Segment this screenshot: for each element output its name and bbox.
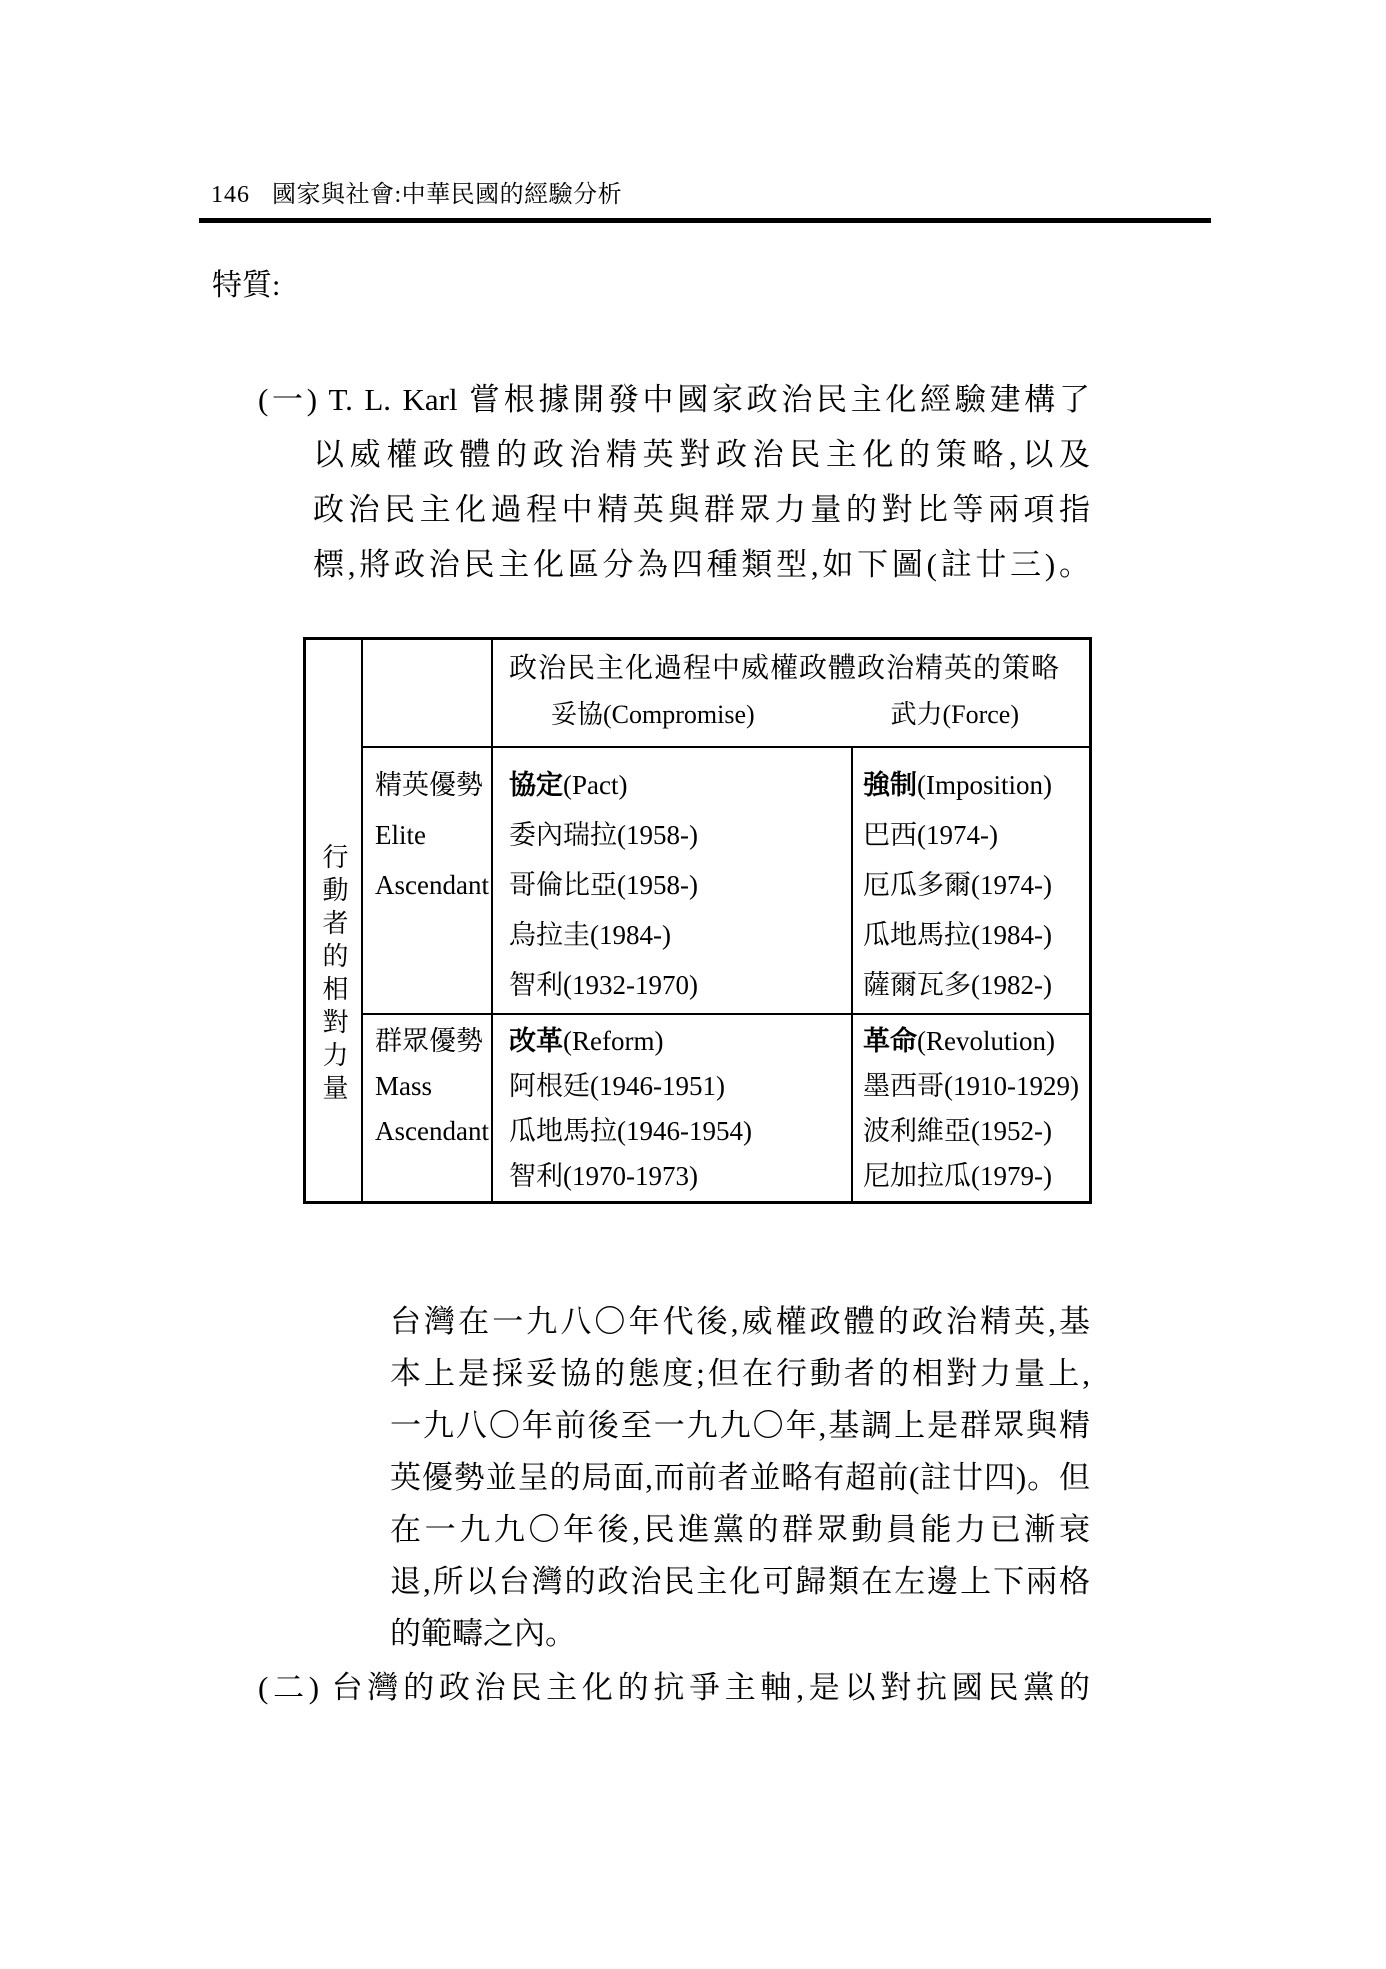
cell-entry: 智利(1932-1970) xyxy=(509,960,851,1010)
list-item-two: (二) 台灣的政治民主化的抗爭主軸,是以對抗國民黨的 xyxy=(258,1662,1090,1714)
row-label-line: Ascendant xyxy=(375,1109,491,1154)
cell-entry: 瓜地馬拉(1946-1954) xyxy=(509,1109,851,1154)
cell-term-line: 協定(Pact) xyxy=(509,760,851,810)
cell-term-en: (Imposition) xyxy=(917,770,1052,800)
row-label-mass: 群眾優勢 Mass Ascendant xyxy=(363,1015,491,1201)
cell-term-line: 革命(Revolution) xyxy=(863,1019,1089,1064)
cell-entry: 厄瓜多爾(1974-) xyxy=(863,860,1089,910)
empty-header-cell xyxy=(363,640,491,746)
text-line: 政治民主化過程中精英與群眾力量的對比等兩項指 xyxy=(313,482,1090,537)
row-label-line: 精英優勢 xyxy=(375,760,491,810)
text-line: 台灣在一九八〇年代後,威權政體的政治精英,基 xyxy=(390,1296,1090,1348)
column-header-force: 武力(Force) xyxy=(890,700,1019,730)
cell-entry: 薩爾瓦多(1982-) xyxy=(863,960,1089,1010)
cell-entry: 烏拉圭(1984-) xyxy=(509,910,851,960)
text-line: 退,所以台灣的政治民主化可歸類在左邊上下兩格 xyxy=(390,1556,1090,1608)
page-number: 146 xyxy=(211,182,250,208)
text-line: 以威權政體的政治精英對政治民主化的策略,以及 xyxy=(313,427,1090,482)
row-label-elite: 精英優勢 Elite Ascendant xyxy=(363,748,491,1013)
text-line: 標,將政治民主化區分為四種類型,如下圖(註廿三)。 xyxy=(313,537,1090,592)
cell-term-en: (Pact) xyxy=(563,770,627,800)
list-item-one: (一) T. L. Karl 嘗根據開發中國家政治民主化經驗建構了 以威權政體的… xyxy=(258,372,1090,592)
row-label-line: Elite xyxy=(375,810,491,860)
cell-entry: 巴西(1974-) xyxy=(863,810,1089,860)
cell-entry: 阿根廷(1946-1951) xyxy=(509,1064,851,1109)
cell-revolution: 革命(Revolution) 墨西哥(1910-1929) 波利維亞(1952-… xyxy=(853,1015,1089,1201)
body-paragraph: 台灣在一九八〇年代後,威權政體的政治精英,基 本上是採妥協的態度;但在行動者的相… xyxy=(390,1296,1090,1660)
text-line: 本上是採妥協的態度;但在行動者的相對力量上, xyxy=(390,1348,1090,1400)
text-line: 的範疇之內。 xyxy=(390,1608,1090,1660)
row-label-line: Mass xyxy=(375,1064,491,1109)
cell-term-en: (Reform) xyxy=(563,1026,663,1056)
document-page: 146國家與社會:中華民國的經驗分析 特質: (一) T. L. Karl 嘗根… xyxy=(0,0,1386,1969)
axis-label: 行動者的相對力量 xyxy=(315,843,352,1107)
column-headers: 妥協(Compromise) 武力(Force) xyxy=(493,700,1089,730)
typology-table: 行動者的相對力量 政治民主化過程中威權政體政治精英的策略 妥協(Compromi… xyxy=(303,637,1092,1204)
table-header-cell: 政治民主化過程中威權政體政治精英的策略 妥協(Compromise) 武力(Fo… xyxy=(493,640,1089,746)
text-line: 在一九九〇年後,民進黨的群眾動員能力已漸衰 xyxy=(390,1504,1090,1556)
text-line: (一) T. L. Karl 嘗根據開發中國家政治民主化經驗建構了 xyxy=(258,372,1090,427)
cell-entry: 墨西哥(1910-1929) xyxy=(863,1064,1089,1109)
page-header: 146國家與社會:中華民國的經驗分析 xyxy=(211,180,622,210)
section-label: 特質: xyxy=(212,266,280,306)
cell-entry: 委內瑞拉(1958-) xyxy=(509,810,851,860)
cell-term: 強制 xyxy=(863,770,917,800)
row-label-line: 群眾優勢 xyxy=(375,1019,491,1064)
cell-term-line: 強制(Imposition) xyxy=(863,760,1089,810)
cell-term: 革命 xyxy=(863,1026,917,1056)
table-header-title: 政治民主化過程中威權政體政治精英的策略 xyxy=(493,652,1089,686)
cell-reform: 改革(Reform) 阿根廷(1946-1951) 瓜地馬拉(1946-1954… xyxy=(493,1015,851,1201)
cell-entry: 尼加拉瓜(1979-) xyxy=(863,1154,1089,1199)
text-line: 一九八〇年前後至一九九〇年,基調上是群眾與精 xyxy=(390,1400,1090,1452)
axis-label-cell: 行動者的相對力量 xyxy=(306,640,361,1201)
column-header-compromise: 妥協(Compromise) xyxy=(551,700,755,730)
cell-entry: 瓜地馬拉(1984-) xyxy=(863,910,1089,960)
row-label-line: Ascendant xyxy=(375,860,491,910)
cell-entry: 波利維亞(1952-) xyxy=(863,1109,1089,1154)
cell-term: 協定 xyxy=(509,770,563,800)
text-line: 英優勢並呈的局面,而前者並略有超前(註廿四)。但 xyxy=(390,1452,1090,1504)
cell-term: 改革 xyxy=(509,1026,563,1056)
cell-pact: 協定(Pact) 委內瑞拉(1958-) 哥倫比亞(1958-) 烏拉圭(198… xyxy=(493,748,851,1013)
cell-imposition: 強制(Imposition) 巴西(1974-) 厄瓜多爾(1974-) 瓜地馬… xyxy=(853,748,1089,1013)
cell-term-en: (Revolution) xyxy=(917,1026,1055,1056)
book-title: 國家與社會:中華民國的經驗分析 xyxy=(272,182,622,208)
cell-term-line: 改革(Reform) xyxy=(509,1019,851,1064)
cell-entry: 智利(1970-1973) xyxy=(509,1154,851,1199)
header-rule xyxy=(199,218,1211,223)
cell-entry: 哥倫比亞(1958-) xyxy=(509,860,851,910)
